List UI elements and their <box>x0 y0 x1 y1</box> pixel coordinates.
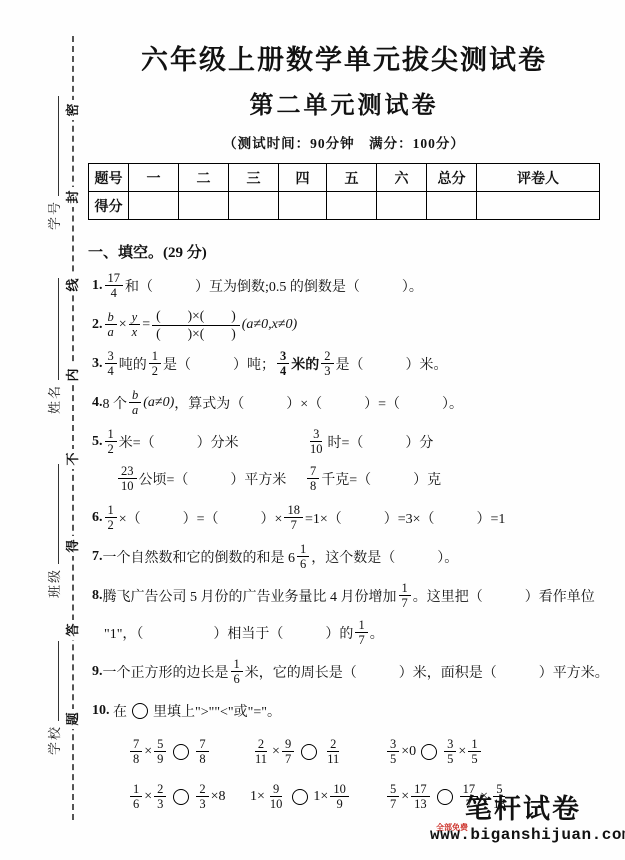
margin-field-school: 学校 <box>44 629 62 755</box>
questions: 1.174和（ ）互为倒数;0.5 的倒数是（ ）。2.ba×yx=( )×( … <box>88 267 600 819</box>
question-text: ，这个数是（ ）。 <box>311 547 458 567</box>
question-text: ×（ ）=（ ）× <box>119 508 283 528</box>
question-text: (a≠0) <box>143 395 174 411</box>
margin-field-label: 班级 <box>44 568 63 598</box>
question-3: 3.34吨的12是（ ）吨；34米的23是（ ）米。 <box>92 345 600 382</box>
question-col: "1"，（ ）相当于（ ）的17。 <box>104 618 384 648</box>
fraction: ( )×( )( )×( ) <box>152 308 240 341</box>
question-9: 9.一个正方形的边长是16米，它的周长是（ ）米，面积是（ ）平方米。 <box>92 653 600 690</box>
fraction: 23 <box>196 782 208 812</box>
margin-field-line <box>47 464 59 564</box>
question-text: 10. <box>92 703 110 719</box>
margin-field-label: 姓名 <box>44 384 63 414</box>
question-text: 时=（ ）分 <box>328 432 434 452</box>
question-text: = <box>142 317 150 333</box>
score-table-header-cell: 题号 <box>89 164 129 192</box>
fraction: 35 <box>444 737 456 767</box>
question-col: 2310公顷=（ ）平方米 <box>116 464 305 494</box>
seal-char: 封 <box>63 187 83 207</box>
question-row: 7.一个自然数和它的倒数的和是 616，这个数是（ ）。 <box>92 538 600 575</box>
fraction: 17 <box>399 581 411 611</box>
question-text: 是（ ）米。 <box>336 354 448 374</box>
question-text: "1"，（ ）相当于（ ）的 <box>104 623 353 643</box>
score-empty-cell <box>179 192 229 220</box>
fraction: 12 <box>149 349 161 379</box>
brand-free-tag: 全部免费 <box>436 822 468 833</box>
question-text: 4. <box>92 395 103 411</box>
fraction: 12 <box>105 427 117 457</box>
question-5: 5.12米=（ ）分米310时=（ ）分2310公顷=（ ）平方米78千克=（ … <box>92 423 600 497</box>
question-text: ×8 <box>211 789 226 805</box>
question-row: 9.一个正方形的边长是16米，它的周长是（ ）米，面积是（ ）平方米。 <box>92 653 600 690</box>
question-text: 在 <box>110 701 128 721</box>
question-text: × <box>119 317 127 333</box>
score-empty-cell <box>279 192 327 220</box>
fraction: 15 <box>468 737 480 767</box>
comparison-circle <box>173 744 189 760</box>
question-row: 78×5978211×9721135×035×15 <box>128 729 600 774</box>
question-text: 是（ ）吨； <box>163 354 275 374</box>
seal-char: 密 <box>63 100 83 120</box>
exam-content: 六年级上册数学单元拔尖测试卷 第二单元测试卷 （测试时间：90分钟 满分：100… <box>88 38 600 821</box>
question-col: 6.12×（ ）=（ ）×187=1×（ ）=3×（ ）=1 <box>92 503 505 533</box>
question-row: 10. 在里填上">""<"或"="。 <box>92 692 600 729</box>
question-text: =1×（ ）=3×（ ）=1 <box>305 508 505 528</box>
question-text: 。这里把（ ）看作单位 <box>413 586 595 606</box>
margin-field-label: 学号 <box>44 200 63 230</box>
question-col: 35×035×15 <box>385 737 483 767</box>
question-text: 。 <box>370 623 384 643</box>
question-text: 千克=（ ）克 <box>321 469 441 489</box>
comparison-circle <box>292 789 308 805</box>
question-row: 2.ba×yx=( )×( )( )×( )(a≠0,x≠0) <box>92 306 600 343</box>
question-4: 4.8 个ba(a≠0)，算式为（ ）×（ ）=（ ）。 <box>92 384 600 421</box>
exam-subtitle: 第二单元测试卷 <box>88 85 600 120</box>
question-col: 9.一个正方形的边长是16米，它的周长是（ ）米，面积是（ ）平方米。 <box>92 657 609 687</box>
seal-char: 线 <box>63 275 83 295</box>
section-heading: 一、填空。(29 分) <box>88 241 600 262</box>
fraction: 23 <box>321 349 333 379</box>
question-text: 和（ ）互为倒数;0.5 的倒数是（ ）。 <box>125 276 423 296</box>
question-text: 9. <box>92 664 103 680</box>
question-row: "1"，（ ）相当于（ ）的17。 <box>104 614 600 651</box>
question-col: 78×5978 <box>128 737 250 767</box>
question-2: 2.ba×yx=( )×( )( )×( )(a≠0,x≠0) <box>92 306 600 343</box>
question-7: 7.一个自然数和它的倒数的和是 616，这个数是（ ）。 <box>92 538 600 575</box>
score-empty-cell <box>327 192 377 220</box>
question-text: 5. <box>92 434 103 450</box>
fraction: 2310 <box>118 464 137 494</box>
comparison-circle <box>132 703 148 719</box>
seal-char: 题 <box>63 709 83 729</box>
fraction: 23 <box>154 782 166 812</box>
margin-field-line <box>47 278 59 380</box>
fraction: 211 <box>324 737 342 767</box>
fraction: 187 <box>284 503 303 533</box>
fraction: 17 <box>355 618 367 648</box>
seal-char: 不 <box>63 449 83 469</box>
question-6: 6.12×（ ）=（ ）×187=1×（ ）=3×（ ）=1 <box>92 499 600 536</box>
question-row: 6.12×（ ）=（ ）×187=1×（ ）=3×（ ）=1 <box>92 499 600 536</box>
score-table-header-cell: 评卷人 <box>477 164 600 192</box>
question-col: 78千克=（ ）克 <box>305 464 441 494</box>
seal-char: 内 <box>63 365 83 385</box>
score-table-header-cell: 五 <box>327 164 377 192</box>
question-text: 1× <box>250 789 265 805</box>
fraction: 34 <box>105 349 117 379</box>
score-table-body: 题号一二三四五六总分评卷人得分 <box>89 164 600 220</box>
margin-field-line <box>47 96 59 196</box>
comparison-circle <box>173 789 189 805</box>
fraction: 59 <box>154 737 166 767</box>
question-text: 一个正方形的边长是 <box>103 662 229 682</box>
brand-logo: 笔杆试卷 全部免费 www.biganshijuan.com <box>430 793 602 844</box>
question-text: 公顷=（ ）平方米 <box>139 469 287 489</box>
fraction: ba <box>129 388 141 418</box>
score-empty-cell <box>229 192 279 220</box>
score-empty-cell <box>427 192 477 220</box>
question-text: 里填上">""<"或"="。 <box>153 701 281 721</box>
question-row: 2310公顷=（ ）平方米78千克=（ ）克 <box>116 460 600 497</box>
score-empty-cell <box>377 192 427 220</box>
fraction: 1713 <box>411 782 430 812</box>
question-col: 1.174和（ ）互为倒数;0.5 的倒数是（ ）。 <box>92 271 423 301</box>
question-text: × <box>144 744 152 760</box>
question-col: 310时=（ ）分 <box>305 427 433 457</box>
fraction: 78 <box>130 737 142 767</box>
fraction: 109 <box>330 782 349 812</box>
margin-field-class: 班级 <box>44 453 62 598</box>
score-table-header-cell: 三 <box>229 164 279 192</box>
fraction: yx <box>129 310 141 340</box>
question-col: 1×9101×109 <box>250 782 385 812</box>
question-text: ，算式为（ ）×（ ）=（ ）。 <box>174 393 463 413</box>
margin-field-label: 学校 <box>44 725 63 755</box>
score-empty-cell <box>129 192 179 220</box>
seal-char: 得 <box>63 536 83 556</box>
fraction: 16 <box>297 542 309 572</box>
question-row: 5.12米=（ ）分米310时=（ ）分 <box>92 423 600 460</box>
fraction: 310 <box>307 427 326 457</box>
score-empty-cell <box>477 192 600 220</box>
fraction: 78 <box>307 464 319 494</box>
question-text: 米，它的周长是（ ）米，面积是（ ）平方米。 <box>245 662 609 682</box>
question-col: 211×97211 <box>250 737 385 767</box>
margin-field-line <box>47 641 59 721</box>
fraction: 34 <box>277 349 289 379</box>
question-row: 8.腾飞广告公司 5 月份的广告业务量比 4 月份增加17。这里把（ ）看作单位 <box>92 577 600 614</box>
margin-field-name: 姓名 <box>44 269 62 414</box>
exam-title: 六年级上册数学单元拔尖测试卷 <box>88 38 600 77</box>
exam-page: 密 封 线 内 不 得 答 题 学号 姓名 班级 学校 六年级上册数学单元拔尖测… <box>0 0 625 860</box>
question-col: 4.8 个ba(a≠0)，算式为（ ）×（ ）=（ ）。 <box>92 388 463 418</box>
question-text: 8. <box>92 588 103 604</box>
question-text: 米的 <box>291 354 319 374</box>
score-table-header-cell: 六 <box>377 164 427 192</box>
question-col: 2.ba×yx=( )×( )( )×( )(a≠0,x≠0) <box>92 308 297 341</box>
score-table: 题号一二三四五六总分评卷人得分 <box>88 163 600 220</box>
fraction: 12 <box>105 503 117 533</box>
question-col: 10. 在里填上">""<"或"="。 <box>92 701 281 721</box>
question-text: 3. <box>92 356 103 372</box>
fraction: 211 <box>252 737 270 767</box>
question-col: 16×2323×8 <box>128 782 250 812</box>
comparison-circle <box>301 744 317 760</box>
question-text: 1. <box>92 278 103 294</box>
fraction: 174 <box>105 271 124 301</box>
question-text: 一个自然数和它的倒数的和是 6 <box>103 547 296 567</box>
question-text: × <box>401 789 409 805</box>
fraction: 16 <box>231 657 243 687</box>
fraction: 97 <box>282 737 294 767</box>
question-text: 1× <box>313 789 328 805</box>
question-text: ×0 <box>401 744 416 760</box>
question-col: 8.腾飞广告公司 5 月份的广告业务量比 4 月份增加17。这里把（ ）看作单位 <box>92 581 595 611</box>
question-row: 4.8 个ba(a≠0)，算式为（ ）×（ ）=（ ）。 <box>92 384 600 421</box>
question-col: 5.12米=（ ）分米 <box>92 427 305 457</box>
question-col: 3.34吨的12是（ ）吨；34米的23是（ ）米。 <box>92 349 448 379</box>
question-text: 腾飞广告公司 5 月份的广告业务量比 4 月份增加 <box>103 586 397 606</box>
question-text: × <box>458 744 466 760</box>
score-table-header-cell: 总分 <box>427 164 477 192</box>
question-text: 吨的 <box>119 354 147 374</box>
question-row: 1.174和（ ）互为倒数;0.5 的倒数是（ ）。 <box>92 267 600 304</box>
question-text: (a≠0,x≠0) <box>242 317 297 333</box>
fraction: 57 <box>387 782 399 812</box>
seal-dashed-line <box>72 36 74 820</box>
score-table-header-cell: 四 <box>279 164 327 192</box>
margin-field-student-id: 学号 <box>44 90 62 230</box>
fraction: 78 <box>196 737 208 767</box>
score-table-header-cell: 二 <box>179 164 229 192</box>
fraction: 35 <box>387 737 399 767</box>
question-text: 7. <box>92 549 103 565</box>
fraction: 16 <box>130 782 142 812</box>
question-text: 2. <box>92 317 103 333</box>
fraction: 910 <box>267 782 286 812</box>
brand-name: 笔杆试卷 <box>430 793 602 825</box>
question-1: 1.174和（ ）互为倒数;0.5 的倒数是（ ）。 <box>92 267 600 304</box>
comparison-circle <box>421 744 437 760</box>
exam-meta: （测试时间：90分钟 满分：100分） <box>88 132 600 152</box>
question-text: × <box>272 744 280 760</box>
score-table-header-cell: 一 <box>129 164 179 192</box>
seal-char: 答 <box>63 620 83 640</box>
question-text: 米=（ ）分米 <box>119 432 239 452</box>
fraction: ba <box>105 310 117 340</box>
question-text: × <box>144 789 152 805</box>
question-row: 3.34吨的12是（ ）吨；34米的23是（ ）米。 <box>92 345 600 382</box>
question-text: 6. <box>92 510 103 526</box>
question-text: 8 个 <box>103 393 128 413</box>
score-label-cell: 得分 <box>89 192 129 220</box>
question-col: 7.一个自然数和它的倒数的和是 616，这个数是（ ）。 <box>92 542 458 572</box>
question-8: 8.腾飞广告公司 5 月份的广告业务量比 4 月份增加17。这里把（ ）看作单位… <box>92 577 600 651</box>
